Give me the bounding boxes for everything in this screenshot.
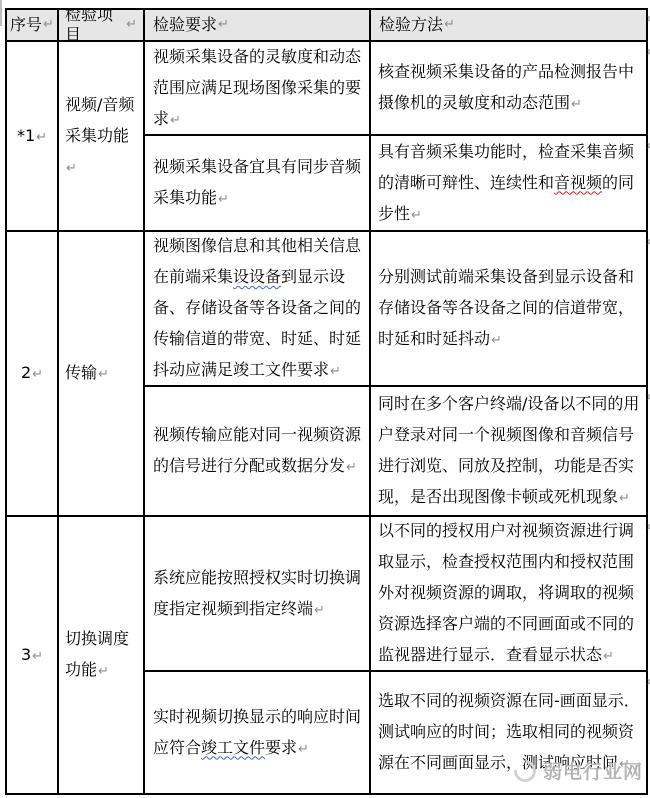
row2-item: 传输 [65, 363, 97, 382]
paragraph-mark: ↵ [298, 742, 309, 757]
grammar-marked-text: 竣工文件 [201, 738, 265, 757]
row2-no: 2 [21, 363, 31, 382]
row3-sub2-requirement-cell: 实时视频切换显示的响应时间应符合竣工文件要求↵ [145, 672, 371, 795]
page-edge-artifact [0, 0, 2, 26]
paragraph-mark: ↵ [170, 113, 181, 128]
header-label-requirement: 检验要求 [153, 15, 217, 35]
header-label-method: 检验方法 [379, 15, 443, 35]
method-text: 以不同的授权用户对视频资源进行调取显示，检查授权范围内和授权范围外对视频资源的调… [378, 521, 634, 664]
row1-no-cell: *1↵ [7, 42, 59, 232]
row1-sub1-method-cell: 核查视频采集设备的产品检测报告中摄像机的灵敏度和动态范围↵ [371, 42, 648, 136]
method-text: 核查视频采集设备的产品检测报告中摄像机的灵敏度和动态范围 [378, 62, 634, 112]
requirement-text: 视频传输应能对同一视频资源的信号进行分配或数据分发 [153, 425, 361, 475]
paragraph-mark: ↵ [43, 15, 54, 35]
inspection-table: 序号↵ 检验项目↵ 检验要求↵ 检验方法↵ *1↵ 视频/音频采集功能↵ 视频采… [5, 8, 648, 795]
method-text: 同时在多个客户终端/设备以不同的用户登录对同一个视频图像和音频信号进行浏览、同放… [378, 394, 639, 506]
paragraph-mark: ↵ [330, 364, 341, 379]
row2-no-cell: 2↵ [7, 232, 59, 517]
header-label-no: 序号 [10, 15, 42, 35]
row1-sub2-requirement-cell: 视频采集设备宜具有同步音频采集功能↵ [145, 136, 371, 232]
row2-sub2-requirement-cell: 视频传输应能对同一视频资源的信号进行分配或数据分发↵ [145, 387, 371, 517]
paragraph-mark: ↵ [314, 603, 325, 618]
row3-item-cell: 切换调度功能↵ [59, 517, 145, 795]
header-cell-no: 序号↵ [7, 10, 59, 42]
grammar-marked-text: 设设备 [233, 267, 281, 286]
row2-sub1-method-cell: 分别测试前端采集设备到显示设备和存储设备等各设备之间的信道带宽，时延和时延抖动↵ [371, 232, 648, 387]
paragraph-mark: ↵ [126, 15, 137, 35]
header-cell-item: 检验项目↵ [59, 10, 145, 42]
requirement-text: 要求 [265, 738, 297, 757]
row3-no: 3 [21, 645, 31, 664]
paragraph-mark: ↵ [444, 15, 455, 35]
row1-no: *1 [17, 126, 35, 145]
paragraph-mark: ↵ [218, 15, 229, 35]
paragraph-mark: ↵ [32, 367, 43, 382]
paragraph-mark: ↵ [346, 460, 357, 475]
requirement-text: 视频采集设备宜具有同步音频采集功能 [153, 157, 361, 207]
requirement-text: 系统应能按照授权实时切换调度指定视频到指定终端 [153, 568, 361, 618]
row3-sub2-method-cell: 选取不同的视频资源在同-画面显示．测试响应的时间；选取相同的视频资源在不同画面显… [371, 672, 648, 795]
spellcheck-marked-text: 音视频 [554, 173, 602, 192]
row3-sub1-method-cell: 以不同的授权用户对视频资源进行调取显示，检查授权范围内和授权范围外对视频资源的调… [371, 517, 648, 672]
row1-item: 视频/音频采集功能 [65, 95, 134, 145]
row1-item-cell: 视频/音频采集功能↵ [59, 42, 145, 232]
header-cell-requirement: 检验要求↵ [145, 10, 371, 42]
row1-sub2-method-cell: 具有音频采集功能时，检查采集音频的清晰可辩性、连续性和音视频的同步性↵ [371, 136, 648, 232]
paragraph-mark: ↵ [619, 757, 630, 772]
method-text: 选取不同的视频资源在同-画面显示．测试响应的时间；选取相同的视频资源在不同画面显… [378, 691, 640, 772]
paragraph-mark: ↵ [98, 664, 109, 679]
row3-no-cell: 3↵ [7, 517, 59, 795]
paragraph-mark: ↵ [32, 649, 43, 664]
row2-sub1-requirement-cell: 视频图像信息和其他相关信息在前端采集设设备到显示设备、存储设备等各设备之间的传输… [145, 232, 371, 387]
paragraph-mark: ↵ [98, 367, 109, 382]
paragraph-mark: ↵ [66, 161, 77, 176]
paragraph-mark: ↵ [491, 333, 502, 348]
paragraph-mark: ↵ [571, 97, 582, 112]
header-label-item: 检验项目 [65, 10, 125, 42]
header-cell-method: 检验方法↵ [371, 10, 648, 42]
method-text: 分别测试前端采集设备到显示设备和存储设备等各设备之间的信道带宽，时延和时延抖动 [378, 267, 634, 348]
paragraph-mark: ↵ [411, 208, 422, 223]
row1-sub1-requirement-cell: 视频采集设备的灵敏度和动态范围应满足现场图像采集的要求↵ [145, 42, 371, 136]
paragraph-mark: ↵ [36, 130, 47, 145]
paragraph-mark: ↵ [619, 491, 630, 506]
row2-sub2-method-cell: 同时在多个客户终端/设备以不同的用户登录对同一个视频图像和音频信号进行浏览、同放… [371, 387, 648, 517]
row2-item-cell: 传输↵ [59, 232, 145, 517]
row3-item: 切换调度功能 [65, 629, 129, 679]
requirement-text: 视频采集设备的灵敏度和动态范围应满足现场图像采集的要求 [153, 47, 361, 128]
paragraph-mark: ↵ [603, 649, 614, 664]
row3-sub1-requirement-cell: 系统应能按照授权实时切换调度指定视频到指定终端↵ [145, 517, 371, 672]
paragraph-mark: ↵ [218, 192, 229, 207]
